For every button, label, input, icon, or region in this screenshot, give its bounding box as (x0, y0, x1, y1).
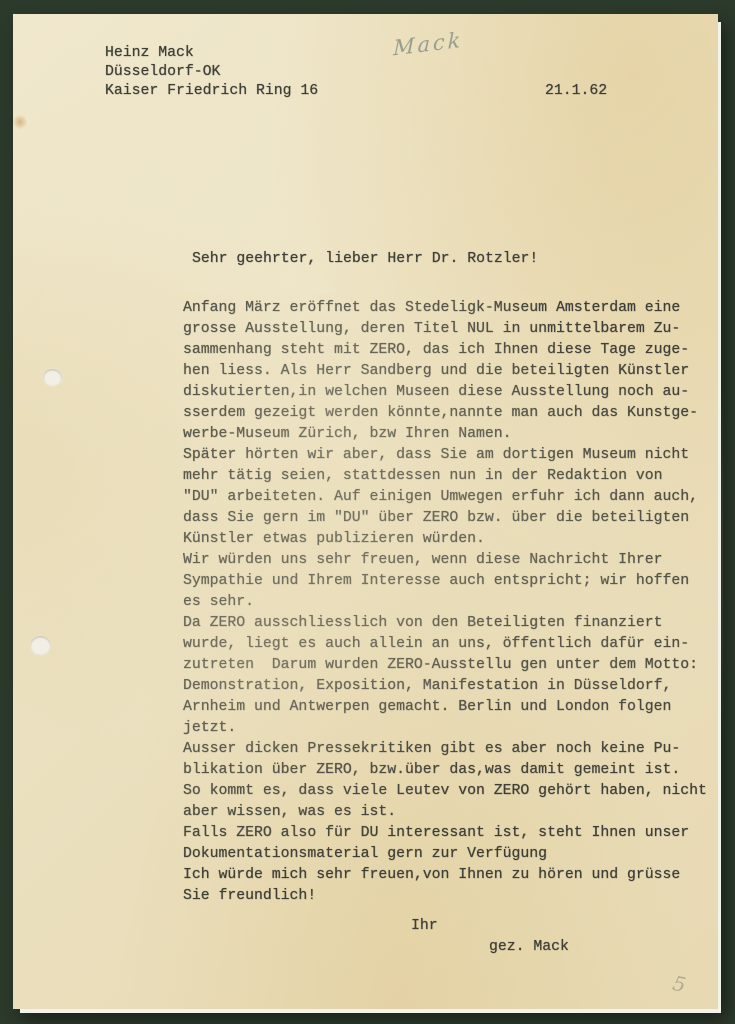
body-line: diskutierten,in welchen Museen diese Aus… (183, 382, 707, 403)
body-line: Ich würde mich sehr freuen,von Ihnen zu … (183, 865, 707, 886)
body-line: Ausser dicken Pressekritiken gibt es abe… (183, 739, 707, 760)
body-line: blikation über ZERO, bzw.über das,was da… (183, 760, 707, 781)
body-line: Falls ZERO also für DU interessant ist, … (183, 823, 707, 844)
body-line: wurde, liegt es auch allein an uns, öffe… (183, 634, 707, 655)
body-line: mehr tätig seien, stattdessen nun in der… (183, 466, 707, 487)
body-line: Sie freundlich! (183, 886, 707, 907)
punch-hole (43, 369, 62, 386)
body-line: dass Sie gern im "DU" über ZERO bzw. übe… (183, 508, 707, 529)
body-line: Arnheim und Antwerpen gemacht. Berlin un… (183, 697, 707, 718)
body-line: sammenhang steht mit ZERO, das ich Ihnen… (183, 340, 707, 361)
closing: Ihr (411, 916, 438, 937)
scanned-letter-page: { "colors": { "mat_background": "#2c3a2c… (0, 0, 735, 1024)
body-line: Da ZERO ausschliesslich von den Beteilig… (183, 613, 707, 634)
sender-line: Kaiser Friedrich Ring 16 (105, 82, 318, 101)
body-line: zutreten Darum wurden ZERO-Ausstellu gen… (183, 655, 707, 676)
body-line: werbe-Museum Zürich, bzw Ihren Namen. (183, 424, 707, 445)
punch-hole (30, 636, 51, 655)
letter-body: Anfang März eröffnet das Stedeligk-Museu… (183, 298, 707, 907)
body-line: Später hörten wir aber, dass Sie am dort… (183, 445, 707, 466)
body-line: Demonstration, Exposition, Manifestation… (183, 676, 707, 697)
body-line: es sehr. (183, 592, 707, 613)
sender-address-block: Heinz MackDüsseldorf-OKKaiser Friedrich … (105, 44, 318, 101)
sender-line: Heinz Mack (105, 44, 318, 63)
page-number: 5 (671, 971, 688, 997)
body-line: Künstler etwas publizieren würden. (183, 529, 707, 550)
body-line: "DU" arbeiteten. Auf einigen Umwegen erf… (183, 487, 707, 508)
letter-paper: Heinz MackDüsseldorf-OKKaiser Friedrich … (13, 14, 718, 1009)
body-line: Dokumentationsmaterial gern zur Verfügun… (183, 844, 707, 865)
body-line: sserdem gezeigt werden könnte,nannte man… (183, 403, 707, 424)
body-line: jetzt. (183, 718, 707, 739)
letter-date: 21.1.62 (545, 81, 607, 102)
body-line: Anfang März eröffnet das Stedeligk-Museu… (183, 298, 707, 319)
body-line: Sympathie und Ihrem Interesse auch entsp… (183, 571, 707, 592)
body-line: Wir würden uns sehr freuen, wenn diese N… (183, 550, 707, 571)
paper-stain (13, 114, 27, 130)
body-line: hen liess. Als Herr Sandberg und die bet… (183, 361, 707, 382)
signature: gez. Mack (489, 937, 569, 958)
salutation: Sehr geehrter, lieber Herr Dr. Rotzler! (192, 249, 538, 270)
body-line: So kommt es, dass viele Leutev von ZERO … (183, 781, 707, 802)
body-line: aber wissen, was es ist. (183, 802, 707, 823)
handwritten-note: Mack (393, 28, 463, 61)
body-line: grosse Ausstellung, deren Titel NUL in u… (183, 319, 707, 340)
sender-line: Düsseldorf-OK (105, 63, 318, 82)
